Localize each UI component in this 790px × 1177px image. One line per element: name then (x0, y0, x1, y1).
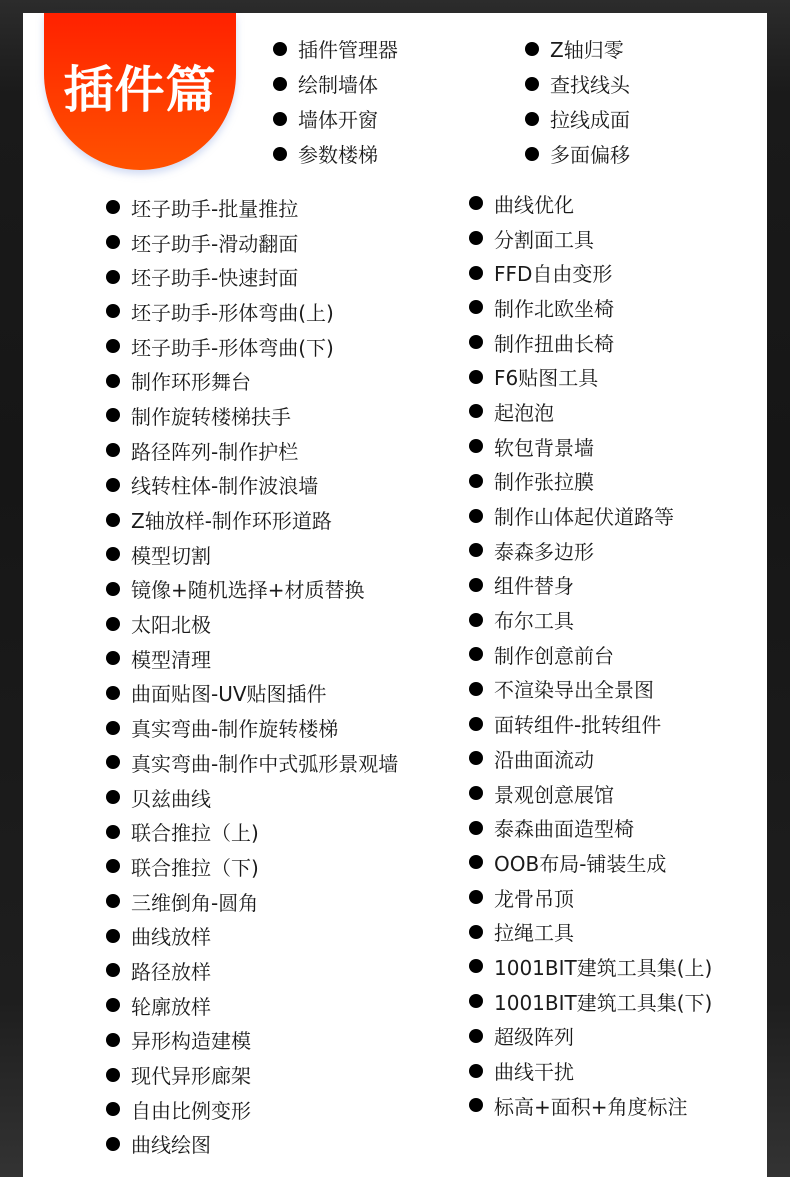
bullet-icon (273, 42, 287, 56)
list-item-label: 真实弯曲-制作中式弧形景观墙 (131, 748, 398, 777)
list-item-label: 联合推拉（上) (131, 817, 259, 846)
list-item: 真实弯曲-制作旋转楼梯 (106, 710, 398, 745)
bullet-icon (106, 443, 120, 457)
bullet-icon (106, 547, 120, 561)
bullet-icon (106, 963, 120, 977)
bullet-icon (106, 304, 120, 318)
bullet-icon (469, 543, 483, 557)
list-item-label: 制作北欧坐椅 (494, 293, 614, 322)
bullet-icon (469, 335, 483, 349)
list-item: OOB布局-铺装生成 (469, 845, 712, 880)
list-item-label: 参数楼梯 (298, 139, 378, 168)
list-item-label: 曲线干扰 (494, 1056, 574, 1085)
bullet-icon (469, 231, 483, 245)
list-item: 联合推拉（下) (106, 849, 398, 884)
main-list-left: 坯子助手-批量推拉坯子助手-滑动翻面坯子助手-快速封面坯子助手-形体弯曲(上)坯… (106, 190, 398, 1161)
list-item-label: 标高+面积+角度标注 (494, 1091, 688, 1120)
list-item-label: 路径放样 (131, 956, 211, 985)
bullet-icon (106, 200, 120, 214)
list-item-label: 组件替身 (494, 570, 574, 599)
bullet-icon (106, 1102, 120, 1116)
main-list-right: 曲线优化分割面工具FFD自由变形制作北欧坐椅制作扭曲长椅F6贴图工具起泡泡软包背… (469, 186, 712, 1123)
list-item-label: 轮廓放样 (131, 991, 211, 1020)
list-item-label: F6贴图工具 (494, 362, 598, 391)
list-item: 泰森多边形 (469, 533, 712, 568)
list-item: 绘制墙体 (273, 66, 398, 101)
bullet-icon (106, 374, 120, 388)
list-item: 多面偏移 (525, 136, 630, 171)
list-item-label: 现代异形廊架 (131, 1060, 251, 1089)
list-item: 镜像+随机选择+材质替换 (106, 572, 398, 607)
list-item: 制作扭曲长椅 (469, 325, 712, 360)
list-item-label: 景观创意展馆 (494, 779, 614, 808)
list-item: 真实弯曲-制作中式弧形景观墙 (106, 745, 398, 780)
list-item-label: 制作扭曲长椅 (494, 328, 614, 357)
list-item: 制作环形舞台 (106, 363, 398, 398)
list-item: 制作创意前台 (469, 637, 712, 672)
bullet-icon (106, 582, 120, 596)
bullet-icon (469, 474, 483, 488)
list-item: 三维倒角-圆角 (106, 884, 398, 919)
bullet-icon (106, 1068, 120, 1082)
bullet-icon (525, 77, 539, 91)
bullet-icon (469, 578, 483, 592)
list-item: 制作张拉膜 (469, 464, 712, 499)
bullet-icon (106, 270, 120, 284)
list-item-label: 泰森曲面造型椅 (494, 813, 634, 842)
bullet-icon (469, 925, 483, 939)
list-item-label: 线转柱体-制作波浪墙 (131, 470, 318, 499)
list-item: 坯子助手-快速封面 (106, 259, 398, 294)
list-item-label: 真实弯曲-制作旋转楼梯 (131, 713, 338, 742)
list-item-label: 制作创意前台 (494, 640, 614, 669)
list-item: 曲线优化 (469, 186, 712, 221)
list-item-label: 制作旋转楼梯扶手 (131, 401, 291, 430)
list-item-label: 坯子助手-形体弯曲(下) (131, 332, 334, 361)
list-item-label: 超级阵列 (494, 1021, 574, 1050)
bullet-icon (469, 1098, 483, 1112)
list-item: 拉线成面 (525, 101, 630, 136)
list-item-label: 沿曲面流动 (494, 744, 594, 773)
list-item: 超级阵列 (469, 1019, 712, 1054)
bullet-icon (106, 755, 120, 769)
section-badge: 插件篇 (44, 13, 236, 170)
bullet-icon (469, 994, 483, 1008)
list-item: 模型切割 (106, 537, 398, 572)
list-item: 泰森曲面造型椅 (469, 810, 712, 845)
bullet-icon (469, 266, 483, 280)
list-item: 1001BIT建筑工具集(上) (469, 949, 712, 984)
list-item: Z轴归零 (525, 31, 630, 66)
section-title: 插件篇 (64, 50, 217, 122)
list-item: 参数楼梯 (273, 136, 398, 171)
list-item: FFD自由变形 (469, 255, 712, 290)
list-item: 插件管理器 (273, 31, 398, 66)
list-item: 坯子助手-滑动翻面 (106, 225, 398, 260)
list-item: 1001BIT建筑工具集(下) (469, 984, 712, 1019)
list-item-label: 绘制墙体 (298, 69, 378, 98)
list-item-label: 坯子助手-快速封面 (131, 262, 298, 291)
list-item: 墙体开窗 (273, 101, 398, 136)
list-item: 联合推拉（上) (106, 814, 398, 849)
list-item-label: Z轴放样-制作环形道路 (131, 505, 332, 534)
bullet-icon (469, 509, 483, 523)
bullet-icon (273, 112, 287, 126)
bullet-icon (106, 617, 120, 631)
bullet-icon (469, 300, 483, 314)
bullet-icon (106, 859, 120, 873)
list-item: 不渲染导出全景图 (469, 672, 712, 707)
list-item-label: 坯子助手-滑动翻面 (131, 228, 298, 257)
list-item: 模型清理 (106, 641, 398, 676)
list-item-label: 分割面工具 (494, 224, 594, 253)
list-item: 查找线头 (525, 66, 630, 101)
list-item-label: 1001BIT建筑工具集(下) (494, 987, 712, 1016)
list-item: 沿曲面流动 (469, 741, 712, 776)
list-item-label: 曲线优化 (494, 189, 574, 218)
list-item: 拉绳工具 (469, 914, 712, 949)
list-item: 分割面工具 (469, 221, 712, 256)
list-item-label: 插件管理器 (298, 34, 398, 63)
bullet-icon (525, 147, 539, 161)
list-item-label: 模型切割 (131, 540, 211, 569)
list-item: 轮廓放样 (106, 988, 398, 1023)
bullet-icon (106, 686, 120, 700)
list-item: 贝兹曲线 (106, 780, 398, 815)
list-item: 布尔工具 (469, 602, 712, 637)
list-item: 制作北欧坐椅 (469, 290, 712, 325)
list-item: 面转组件-批转组件 (469, 706, 712, 741)
list-item: 线转柱体-制作波浪墙 (106, 468, 398, 503)
list-item-label: 起泡泡 (494, 397, 554, 426)
list-item: 自由比例变形 (106, 1092, 398, 1127)
list-item-label: 曲线绘图 (131, 1129, 211, 1158)
list-item-label: 不渲染导出全景图 (494, 674, 654, 703)
list-item: 曲线干扰 (469, 1053, 712, 1088)
list-item: 现代异形廊架 (106, 1057, 398, 1092)
bullet-icon (106, 651, 120, 665)
list-item: 标高+面积+角度标注 (469, 1088, 712, 1123)
list-item-label: 拉线成面 (550, 104, 630, 133)
bullet-icon (106, 339, 120, 353)
bullet-icon (106, 513, 120, 527)
list-item-label: 拉绳工具 (494, 917, 574, 946)
list-item: 坯子助手-形体弯曲(下) (106, 329, 398, 364)
bullet-icon (469, 1064, 483, 1078)
list-item-label: 制作张拉膜 (494, 466, 594, 495)
list-item-label: 制作山体起伏道路等 (494, 501, 674, 530)
list-item-label: 路径阵列-制作护栏 (131, 436, 298, 465)
list-item: F6贴图工具 (469, 359, 712, 394)
list-item: 曲线放样 (106, 918, 398, 953)
list-item-label: 面转组件-批转组件 (494, 709, 661, 738)
list-item-label: 贝兹曲线 (131, 783, 211, 812)
list-item-label: 布尔工具 (494, 605, 574, 634)
list-item: 组件替身 (469, 568, 712, 603)
bullet-icon (469, 786, 483, 800)
bullet-icon (106, 825, 120, 839)
list-item-label: 多面偏移 (550, 139, 630, 168)
list-item-label: 曲线放样 (131, 921, 211, 950)
list-item-label: 墙体开窗 (298, 104, 378, 133)
list-item: 曲面贴图-UV贴图插件 (106, 676, 398, 711)
list-item-label: 泰森多边形 (494, 536, 594, 565)
list-item-label: 自由比例变形 (131, 1095, 251, 1124)
bullet-icon (106, 235, 120, 249)
bullet-icon (106, 721, 120, 735)
list-item: 景观创意展馆 (469, 776, 712, 811)
bullet-icon (469, 855, 483, 869)
list-item-label: 曲面贴图-UV贴图插件 (131, 678, 327, 707)
list-item: 龙骨吊顶 (469, 880, 712, 915)
list-item: 曲线绘图 (106, 1127, 398, 1162)
top-list-left: 插件管理器绘制墙体墙体开窗参数楼梯 (273, 31, 398, 171)
list-item-label: 异形构造建模 (131, 1025, 251, 1054)
list-item-label: 太阳北极 (131, 609, 211, 638)
bullet-icon (469, 821, 483, 835)
bullet-icon (273, 147, 287, 161)
list-item: 路径放样 (106, 953, 398, 988)
bullet-icon (106, 929, 120, 943)
list-item: 太阳北极 (106, 606, 398, 641)
list-item-label: 模型清理 (131, 644, 211, 673)
bullet-icon (106, 408, 120, 422)
plugin-card: 插件篇 插件管理器绘制墙体墙体开窗参数楼梯 Z轴归零查找线头拉线成面多面偏移 坯… (23, 13, 767, 1177)
list-item-label: 联合推拉（下) (131, 852, 259, 881)
list-item-label: 查找线头 (550, 69, 630, 98)
list-item-label: 软包背景墙 (494, 432, 594, 461)
bullet-icon (106, 894, 120, 908)
list-item: 制作山体起伏道路等 (469, 498, 712, 533)
bullet-icon (469, 613, 483, 627)
list-item-label: 坯子助手-形体弯曲(上) (131, 297, 334, 326)
bullet-icon (106, 1137, 120, 1151)
list-item: 坯子助手-形体弯曲(上) (106, 294, 398, 329)
bullet-icon (469, 647, 483, 661)
list-item: 路径阵列-制作护栏 (106, 433, 398, 468)
list-item-label: 三维倒角-圆角 (131, 887, 258, 916)
bullet-icon (469, 682, 483, 696)
bullet-icon (469, 404, 483, 418)
list-item: 制作旋转楼梯扶手 (106, 398, 398, 433)
list-item-label: FFD自由变形 (494, 258, 612, 287)
list-item: Z轴放样-制作环形道路 (106, 502, 398, 537)
bullet-icon (469, 751, 483, 765)
list-item-label: Z轴归零 (550, 34, 624, 63)
bullet-icon (106, 1033, 120, 1047)
list-item: 异形构造建模 (106, 1023, 398, 1058)
bullet-icon (106, 478, 120, 492)
bullet-icon (469, 1029, 483, 1043)
bullet-icon (469, 196, 483, 210)
list-item-label: 镜像+随机选择+材质替换 (131, 574, 365, 603)
bullet-icon (469, 959, 483, 973)
list-item: 软包背景墙 (469, 429, 712, 464)
list-item: 起泡泡 (469, 394, 712, 429)
bullet-icon (106, 790, 120, 804)
list-item: 坯子助手-批量推拉 (106, 190, 398, 225)
bullet-icon (469, 717, 483, 731)
bullet-icon (469, 370, 483, 384)
list-item-label: 1001BIT建筑工具集(上) (494, 952, 712, 981)
top-list-right: Z轴归零查找线头拉线成面多面偏移 (525, 31, 630, 171)
bullet-icon (525, 112, 539, 126)
list-item-label: OOB布局-铺装生成 (494, 848, 666, 877)
bullet-icon (106, 998, 120, 1012)
bullet-icon (469, 439, 483, 453)
bullet-icon (469, 890, 483, 904)
list-item-label: 制作环形舞台 (131, 366, 251, 395)
list-item-label: 坯子助手-批量推拉 (131, 193, 298, 222)
list-item-label: 龙骨吊顶 (494, 883, 574, 912)
bullet-icon (525, 42, 539, 56)
bullet-icon (273, 77, 287, 91)
